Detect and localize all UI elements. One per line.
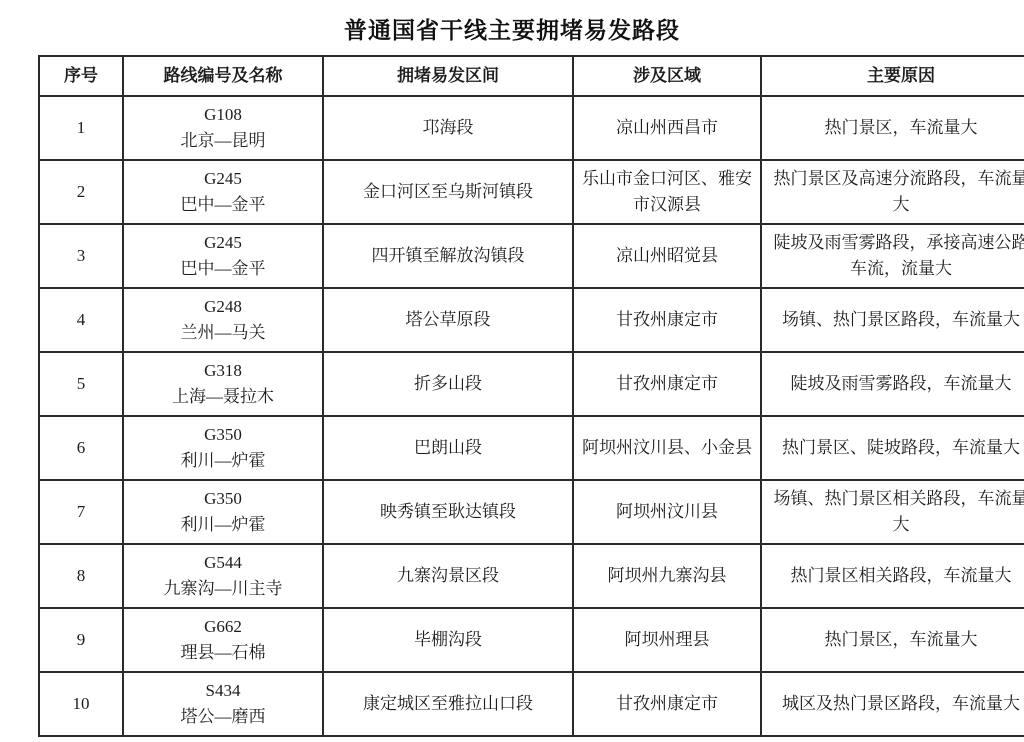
table-row: 4G248兰州—马关塔公草原段甘孜州康定市场镇、热门景区路段，车流量大 [39, 288, 1024, 352]
congestion-table: 序号 路线编号及名称 拥堵易发区间 涉及区域 主要原因 1G108北京—昆明邛海… [38, 55, 1024, 737]
document-page: 普通国省干线主要拥堵易发路段 序号 路线编号及名称 拥堵易发区间 涉及区域 主要… [0, 0, 1024, 742]
route-name: 巴中—金平 [132, 256, 314, 282]
area-cell: 凉山州昭觉县 [573, 224, 761, 288]
table-header-row: 序号 路线编号及名称 拥堵易发区间 涉及区域 主要原因 [39, 56, 1024, 96]
section-cell: 康定城区至雅拉山口段 [323, 672, 573, 736]
reason-cell: 热门景区相关路段，车流量大 [761, 544, 1024, 608]
route-code: G544 [132, 550, 314, 576]
reason-cell: 城区及热门景区路段，车流量大 [761, 672, 1024, 736]
route-code: G350 [132, 422, 314, 448]
section-cell: 折多山段 [323, 352, 573, 416]
route-cell: G662理县—石棉 [123, 608, 323, 672]
area-cell: 凉山州西昌市 [573, 96, 761, 160]
table-row: 5G318上海—聂拉木折多山段甘孜州康定市陡坡及雨雪雾路段，车流量大 [39, 352, 1024, 416]
section-cell: 金口河区至乌斯河镇段 [323, 160, 573, 224]
section-cell: 毕棚沟段 [323, 608, 573, 672]
row-number-cell: 1 [39, 96, 123, 160]
route-name: 利川—炉霍 [132, 448, 314, 474]
area-cell: 阿坝州九寨沟县 [573, 544, 761, 608]
header-cell-no: 序号 [39, 56, 123, 96]
route-code: G245 [132, 166, 314, 192]
header-cell-reason: 主要原因 [761, 56, 1024, 96]
reason-cell: 热门景区、陡坡路段，车流量大 [761, 416, 1024, 480]
reason-cell: 陡坡及雨雪雾路段，车流量大 [761, 352, 1024, 416]
section-cell: 九寨沟景区段 [323, 544, 573, 608]
area-cell: 阿坝州汶川县、小金县 [573, 416, 761, 480]
area-cell: 阿坝州理县 [573, 608, 761, 672]
route-cell: G318上海—聂拉木 [123, 352, 323, 416]
table-row: 2G245巴中—金平金口河区至乌斯河镇段乐山市金口河区、雅安市汉源县热门景区及高… [39, 160, 1024, 224]
route-name: 九寨沟—川主寺 [132, 576, 314, 602]
route-name: 北京—昆明 [132, 128, 314, 154]
area-cell: 阿坝州汶川县 [573, 480, 761, 544]
route-name: 兰州—马关 [132, 320, 314, 346]
row-number-cell: 9 [39, 608, 123, 672]
reason-cell: 热门景区，车流量大 [761, 608, 1024, 672]
route-name: 理县—石棉 [132, 640, 314, 666]
route-code: G245 [132, 230, 314, 256]
section-cell: 映秀镇至耿达镇段 [323, 480, 573, 544]
table-row: 10S434塔公—磨西康定城区至雅拉山口段甘孜州康定市城区及热门景区路段，车流量… [39, 672, 1024, 736]
row-number-cell: 5 [39, 352, 123, 416]
table-row: 3G245巴中—金平四开镇至解放沟镇段凉山州昭觉县陡坡及雨雪雾路段，承接高速公路… [39, 224, 1024, 288]
table-row: 7G350利川—炉霍映秀镇至耿达镇段阿坝州汶川县场镇、热门景区相关路段，车流量大 [39, 480, 1024, 544]
row-number-cell: 6 [39, 416, 123, 480]
reason-cell: 陡坡及雨雪雾路段，承接高速公路车流，流量大 [761, 224, 1024, 288]
route-code: G108 [132, 102, 314, 128]
reason-cell: 场镇、热门景区路段，车流量大 [761, 288, 1024, 352]
page-title: 普通国省干线主要拥堵易发路段 [0, 0, 1024, 45]
route-name: 塔公—磨西 [132, 704, 314, 730]
reason-cell: 场镇、热门景区相关路段，车流量大 [761, 480, 1024, 544]
route-cell: S434塔公—磨西 [123, 672, 323, 736]
area-cell: 甘孜州康定市 [573, 288, 761, 352]
row-number-cell: 7 [39, 480, 123, 544]
header-cell-area: 涉及区域 [573, 56, 761, 96]
section-cell: 塔公草原段 [323, 288, 573, 352]
row-number-cell: 4 [39, 288, 123, 352]
route-name: 上海—聂拉木 [132, 384, 314, 410]
reason-cell: 热门景区，车流量大 [761, 96, 1024, 160]
route-code: G662 [132, 614, 314, 640]
area-cell: 乐山市金口河区、雅安市汉源县 [573, 160, 761, 224]
header-cell-route: 路线编号及名称 [123, 56, 323, 96]
table-row: 1G108北京—昆明邛海段凉山州西昌市热门景区，车流量大 [39, 96, 1024, 160]
route-code: G350 [132, 486, 314, 512]
route-cell: G245巴中—金平 [123, 160, 323, 224]
row-number-cell: 2 [39, 160, 123, 224]
row-number-cell: 10 [39, 672, 123, 736]
route-name: 巴中—金平 [132, 192, 314, 218]
section-cell: 四开镇至解放沟镇段 [323, 224, 573, 288]
table-row: 9G662理县—石棉毕棚沟段阿坝州理县热门景区，车流量大 [39, 608, 1024, 672]
table-row: 8G544九寨沟—川主寺九寨沟景区段阿坝州九寨沟县热门景区相关路段，车流量大 [39, 544, 1024, 608]
route-cell: G245巴中—金平 [123, 224, 323, 288]
route-cell: G544九寨沟—川主寺 [123, 544, 323, 608]
route-code: G248 [132, 294, 314, 320]
route-cell: G350利川—炉霍 [123, 480, 323, 544]
table-body: 1G108北京—昆明邛海段凉山州西昌市热门景区，车流量大2G245巴中—金平金口… [39, 96, 1024, 736]
section-cell: 巴朗山段 [323, 416, 573, 480]
route-cell: G350利川—炉霍 [123, 416, 323, 480]
route-cell: G108北京—昆明 [123, 96, 323, 160]
table-header: 序号 路线编号及名称 拥堵易发区间 涉及区域 主要原因 [39, 56, 1024, 96]
route-code: S434 [132, 678, 314, 704]
route-code: G318 [132, 358, 314, 384]
area-cell: 甘孜州康定市 [573, 672, 761, 736]
area-cell: 甘孜州康定市 [573, 352, 761, 416]
reason-cell: 热门景区及高速分流路段，车流量大 [761, 160, 1024, 224]
route-name: 利川—炉霍 [132, 512, 314, 538]
section-cell: 邛海段 [323, 96, 573, 160]
table-row: 6G350利川—炉霍巴朗山段阿坝州汶川县、小金县热门景区、陡坡路段，车流量大 [39, 416, 1024, 480]
route-cell: G248兰州—马关 [123, 288, 323, 352]
row-number-cell: 3 [39, 224, 123, 288]
header-cell-section: 拥堵易发区间 [323, 56, 573, 96]
row-number-cell: 8 [39, 544, 123, 608]
